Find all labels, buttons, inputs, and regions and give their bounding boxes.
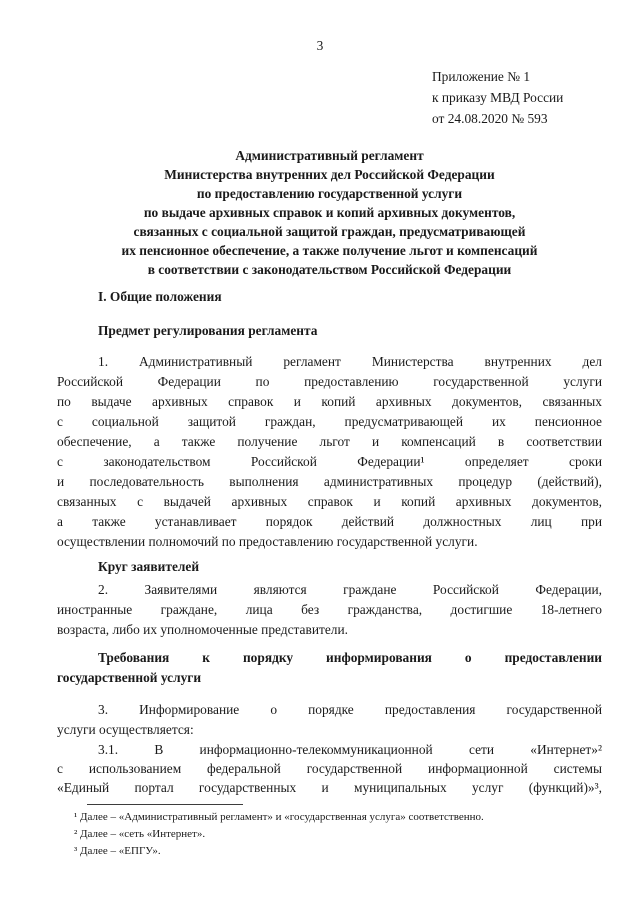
text-line: по предоставлению государственной услуги (57, 184, 602, 203)
text-line: Административный регламент (57, 146, 602, 165)
text-line: возраста, либо их уполномоченные предста… (57, 620, 602, 640)
text-line: иностранные граждане, лица без гражданст… (57, 600, 602, 620)
text-line: «Единый портал государственных и муницип… (57, 778, 602, 797)
text-line: с социальной защитой граждан, предусматр… (57, 412, 602, 432)
text-line: с использованием федеральной государстве… (57, 759, 602, 778)
text-line: 2. Заявителями являются граждане Российс… (57, 580, 602, 600)
text-line: в соответствии с законодательством Росси… (57, 260, 602, 279)
text-line: Российской Федерации по предоставлению г… (57, 372, 602, 392)
footnote-separator-line (87, 804, 243, 805)
text-line: связанных с социальной защитой граждан, … (57, 222, 602, 241)
text-line: обеспечение, а также получение льгот и к… (57, 432, 602, 452)
footnotes-block: ¹ Далее – «Административный регламент» и… (74, 809, 602, 860)
text-line: по выдаче архивных справок и копий архив… (57, 392, 602, 412)
section-heading-general-provisions: I. Общие положения (57, 287, 602, 307)
text-line: Приложение № 1 (432, 66, 602, 87)
text-line: Требования к порядку информирования о пр… (57, 648, 602, 668)
text-line: с законодательством Российской Федерации… (57, 452, 602, 472)
page-number: 3 (0, 36, 640, 56)
text-line: ³ Далее – «ЕПГУ». (74, 843, 602, 860)
text-line: по выдаче архивных справок и копий архив… (57, 203, 602, 222)
text-line: их пенсионное обеспечение, а также получ… (57, 241, 602, 260)
text-line: ¹ Далее – «Административный регламент» и… (74, 809, 602, 826)
text-line: к приказу МВД России (432, 87, 602, 108)
text-line: от 24.08.2020 № 593 (432, 108, 602, 129)
document-title: Административный регламентМинистерства в… (57, 146, 602, 279)
appendix-reference-block: Приложение № 1к приказу МВД Россииот 24.… (432, 66, 602, 129)
text-line: услуги осуществляется: (57, 720, 602, 740)
text-line: связанных с выдачей архивных справок и к… (57, 492, 602, 512)
text-line: а также устанавливает порядок действий д… (57, 512, 602, 532)
text-line: осуществлении полномочий по предоставлен… (57, 532, 602, 552)
paragraph-3: 3. Информирование о порядке предоставлен… (57, 700, 602, 740)
text-line: государственной услуги (57, 668, 602, 688)
paragraph-1: 1. Административный регламент Министерст… (57, 352, 602, 552)
paragraph-2: 2. Заявителями являются граждане Российс… (57, 580, 602, 640)
text-line: 3.1. В информационно-телекоммуникационно… (57, 740, 602, 759)
document-page: 3 Приложение № 1к приказу МВД Россииот 2… (0, 0, 640, 905)
paragraph-3-1: 3.1. В информационно-телекоммуникационно… (57, 740, 602, 797)
text-line: и последовательность выполнения админист… (57, 472, 602, 492)
text-line: Министерства внутренних дел Российской Ф… (57, 165, 602, 184)
text-line: ² Далее – «сеть «Интернет». (74, 826, 602, 843)
text-line: 3. Информирование о порядке предоставлен… (57, 700, 602, 720)
text-line: 1. Административный регламент Министерст… (57, 352, 602, 372)
information-requirements-heading: Требования к порядку информирования о пр… (57, 648, 602, 688)
subject-of-regulation-heading: Предмет регулирования регламента (57, 321, 602, 341)
applicants-heading: Круг заявителей (57, 557, 602, 577)
